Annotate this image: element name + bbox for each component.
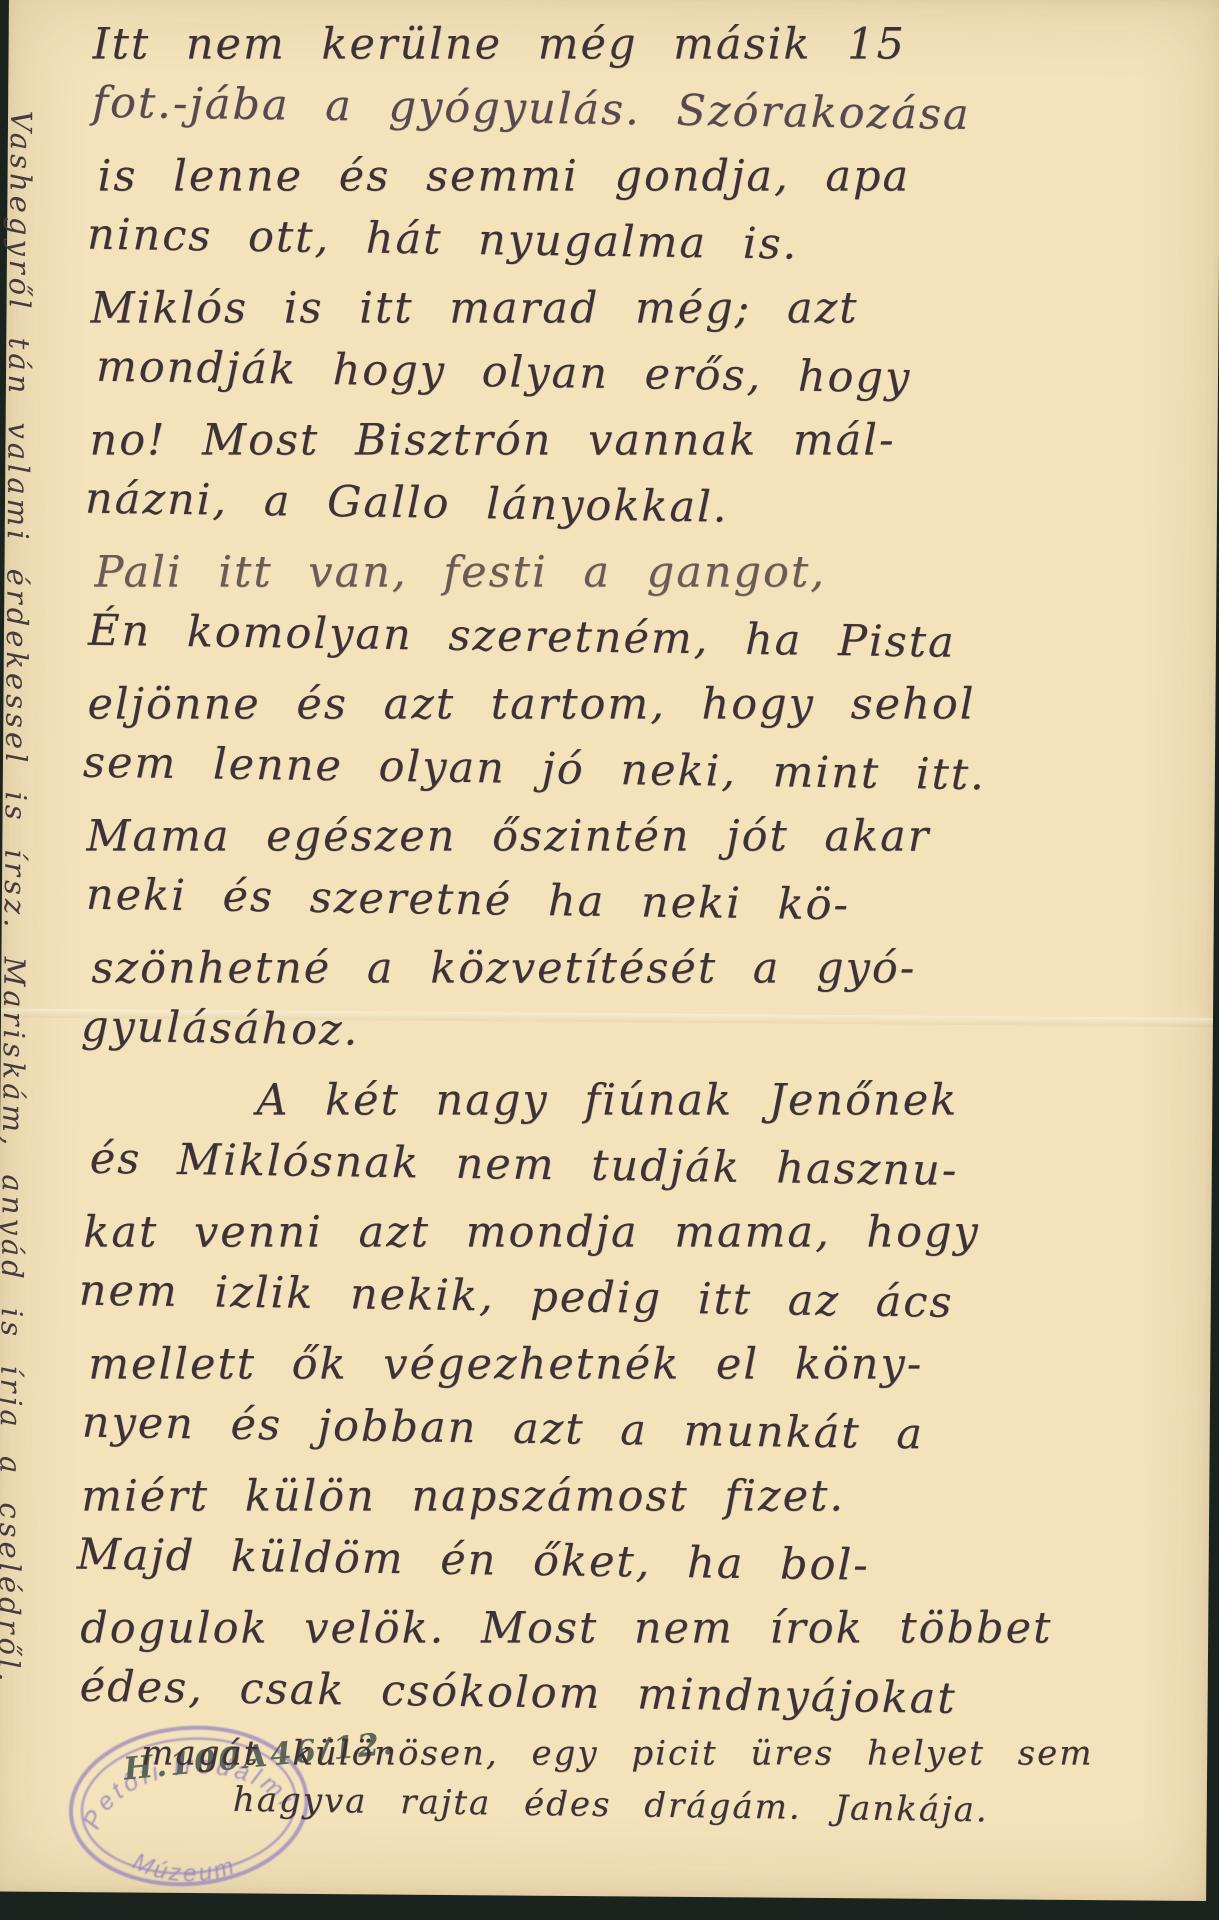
letter-line: miért külön napszámost fizet. <box>81 1463 1201 1529</box>
letter-line: no! Most Bisztrón vannak mál- <box>90 408 1210 474</box>
margin-note: Vashegyről tán valami érdekessel is írsz… <box>0 110 38 1890</box>
letter-line: Pali itt van, festi a gangot, <box>94 540 1208 606</box>
letter-line: édes, csak csókolom mindnyájokat <box>79 1654 1200 1736</box>
letter-line: fot.-jába a gyógyulás. Szórakozása <box>92 70 1213 152</box>
letter-page: Petőfi Irodalmi Múzeum H.100A46/12. Vash… <box>0 0 1219 1901</box>
letter-line: dogulok velök. Most nem írok többet <box>80 1595 1200 1661</box>
letter-line: szönhetné a közvetítését a gyó- <box>91 936 1205 1002</box>
letter-line: nem izlik nekik, pedig itt az ács <box>78 1258 1203 1340</box>
letter-line: nyen és jobban azt a munkát a <box>81 1390 1202 1472</box>
letter-line: eljönne és azt tartom, hogy sehol <box>87 672 1207 738</box>
letter-line: A két nagy fiúnak Jenőnek <box>84 1068 1204 1134</box>
letter-line: és Miklósnak nem tudják hasznu- <box>89 1126 1204 1208</box>
letter-line: mellett ők végezhetnék el köny- <box>88 1332 1202 1398</box>
letter-line: Miklós is itt marad még; azt <box>91 276 1211 342</box>
letter-line: názni, a Gallo lányokkal. <box>85 466 1210 548</box>
letter-line: magát különösen, egy picit üres helyet s… <box>85 1728 1199 1780</box>
letter-line: Én komolyan szeretném, ha Pista <box>88 598 1209 680</box>
letter-line: neki és szeretné ha neki kö- <box>85 862 1206 944</box>
letter-line: Majd küldöm én őket, ha bol- <box>76 1522 1201 1604</box>
letter-line: gyulásához. <box>80 994 1205 1076</box>
letter-line: is lenne és semmi gondja, apa <box>98 144 1212 210</box>
svg-text:Múzeum: Múzeum <box>127 1840 241 1892</box>
letter-line: sem lenne olyan jó neki, mint itt. <box>83 730 1208 812</box>
stamp-text-bottom: Múzeum <box>127 1840 241 1892</box>
letter-body: Itt nem kerülne még másik 15 fot.-jába a… <box>79 7 1213 1836</box>
letter-line: mondják hogy olyan erős, hogy <box>96 334 1211 416</box>
letter-line: nincs ott, hát nyugalma is. <box>87 202 1212 284</box>
letter-line: kat venni azt mondja mama, hogy <box>83 1200 1203 1266</box>
letter-line: Mama egészen őszintén jót akar <box>86 804 1206 870</box>
letter-line: Itt nem kerülne még másik 15 <box>93 12 1213 78</box>
